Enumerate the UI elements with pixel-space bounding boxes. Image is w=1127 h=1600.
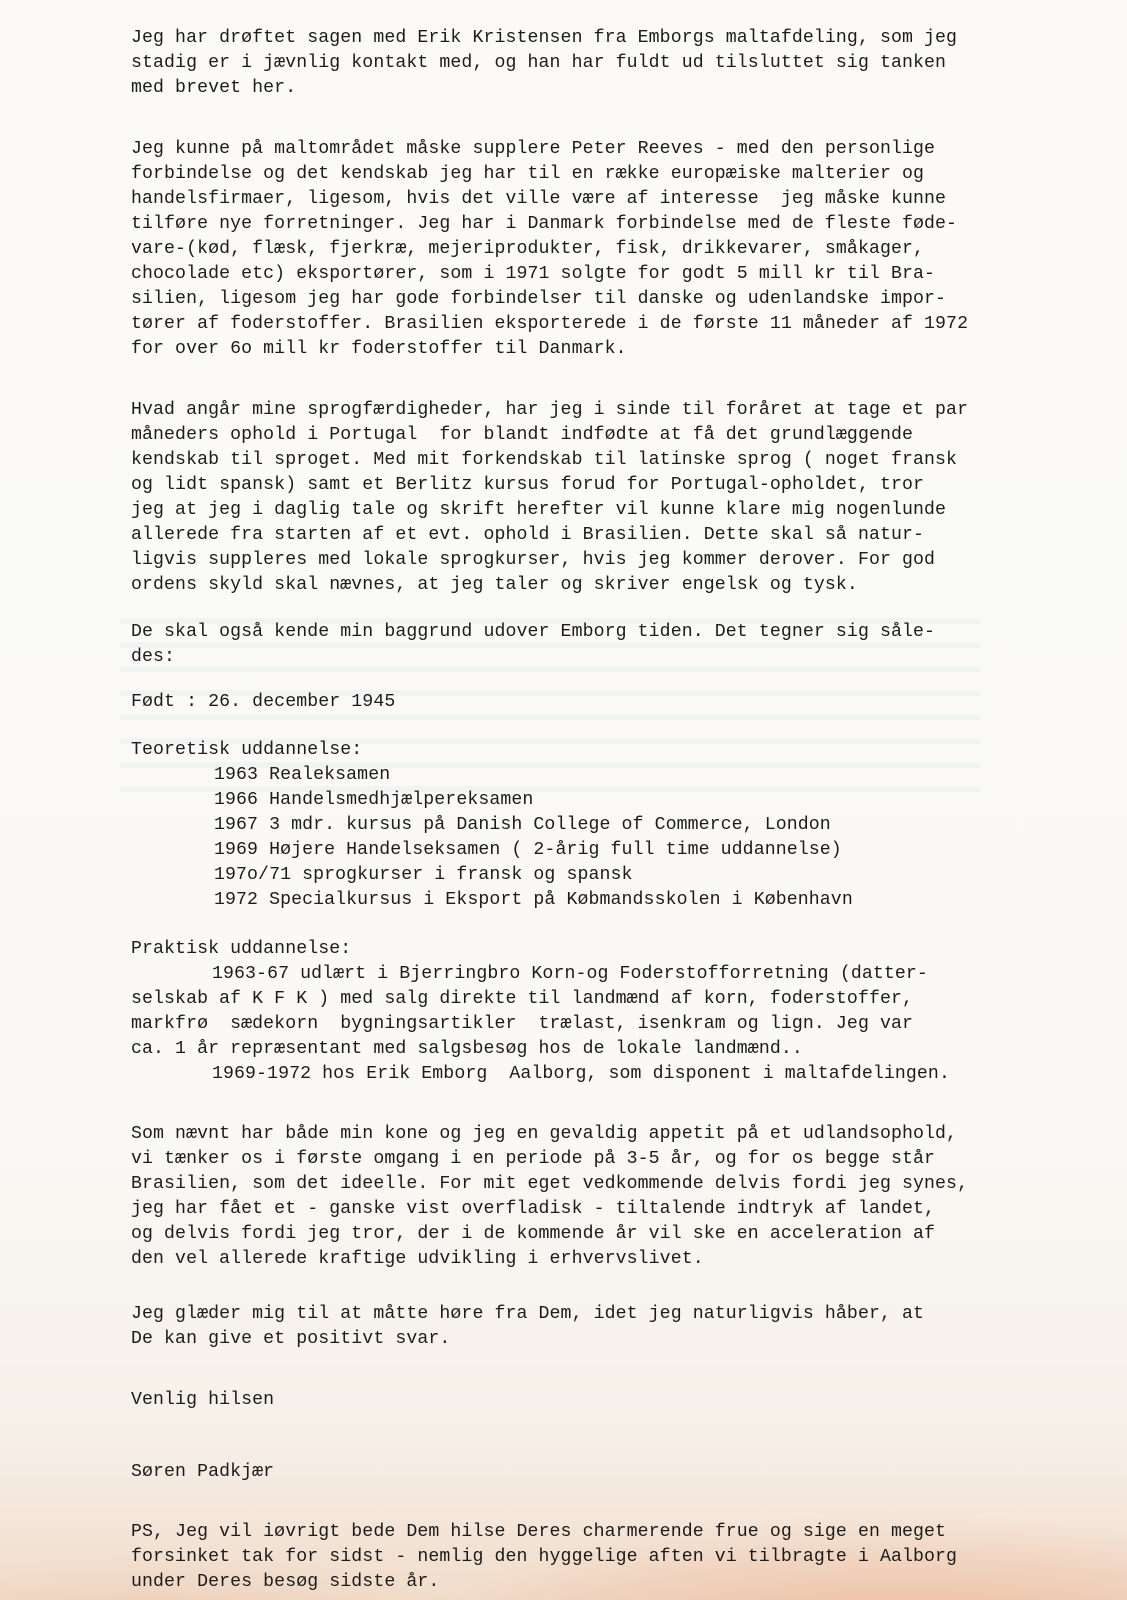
para2-line: handelsfirmaer, ligesom, hvis det ville … bbox=[131, 187, 946, 212]
para5-line: vi tænker os i første omgang i en period… bbox=[131, 1147, 935, 1172]
para3-line: kendskab til sproget. Med mit forkendska… bbox=[131, 448, 957, 473]
ps-line: forsinket tak for sidst - nemlig den hyg… bbox=[131, 1545, 957, 1570]
closing: Venlig hilsen bbox=[131, 1388, 274, 1413]
para4-line: des: bbox=[131, 645, 175, 670]
para2-line: Jeg kunne på maltområdet måske supplere … bbox=[131, 137, 935, 162]
para1-line: Jeg har drøftet sagen med Erik Kristense… bbox=[131, 26, 957, 51]
practice-heading: Praktisk uddannelse: bbox=[131, 937, 351, 962]
para3-line: allerede fra starten af et evt. ophold i… bbox=[131, 523, 924, 548]
letter-page: Jeg har drøftet sagen med Erik Kristense… bbox=[0, 0, 1127, 1600]
theory-item: 1972 Specialkursus i Eksport på Købmands… bbox=[214, 888, 853, 913]
para2-line: vare-(kød, flæsk, fjerkræ, mejeriprodukt… bbox=[131, 237, 924, 262]
para5-line: Brasilien, som det ideelle. For mit eget… bbox=[131, 1172, 968, 1197]
para6-line: Jeg glæder mig til at måtte høre fra Dem… bbox=[131, 1302, 924, 1327]
born-line: Født : 26. december 1945 bbox=[131, 690, 395, 715]
practice-line: markfrø sædekorn bygningsartikler trælas… bbox=[131, 1012, 913, 1037]
practice-line: 1963-67 udlært i Bjerringbro Korn-og Fod… bbox=[212, 962, 928, 987]
para3-line: jeg at jeg i daglig tale og skrift heref… bbox=[131, 498, 946, 523]
theory-item: 197o/71 sprogkurser i fransk og spansk bbox=[214, 863, 633, 888]
practice-line: ca. 1 år repræsentant med salgsbesøg hos… bbox=[131, 1037, 803, 1062]
theory-item: 1966 Handelsmedhjælpereksamen bbox=[214, 788, 533, 813]
theory-item: 1963 Realeksamen bbox=[214, 763, 390, 788]
para2-line: forbindelse og det kendskab jeg har til … bbox=[131, 162, 924, 187]
signature: Søren Padkjær bbox=[131, 1460, 274, 1485]
para5-line: Som nævnt har både min kone og jeg en ge… bbox=[131, 1122, 957, 1147]
para3-line: ligvis suppleres med lokale sprogkurser,… bbox=[131, 548, 935, 573]
para5-line: og delvis fordi jeg tror, der i de komme… bbox=[131, 1222, 935, 1247]
para5-line: den vel allerede kraftige udvikling i er… bbox=[131, 1247, 704, 1272]
para6-line: De kan give et positivt svar. bbox=[131, 1327, 450, 1352]
para4-line: De skal også kende min baggrund udover E… bbox=[131, 620, 935, 645]
para1-line: stadig er i jævnlig kontakt med, og han … bbox=[131, 51, 946, 76]
practice-line: 1969-1972 hos Erik Emborg Aalborg, som d… bbox=[212, 1062, 950, 1087]
para2-line: tilføre nye forretninger. Jeg har i Danm… bbox=[131, 212, 957, 237]
theory-heading: Teoretisk uddannelse: bbox=[131, 738, 362, 763]
para2-line: silien, ligesom jeg har gode forbindelse… bbox=[131, 287, 946, 312]
para3-line: Hvad angår mine sprogfærdigheder, har je… bbox=[131, 398, 968, 423]
para2-line: chocolade etc) eksportører, som i 1971 s… bbox=[131, 262, 935, 287]
para3-line: ordens skyld skal nævnes, at jeg taler o… bbox=[131, 573, 858, 598]
para3-line: måneders ophold i Portugal for blandt in… bbox=[131, 423, 913, 448]
ps-line: under Deres besøg sidste år. bbox=[131, 1570, 439, 1595]
para2-line: for over 6o mill kr foderstoffer til Dan… bbox=[131, 337, 627, 362]
para2-line: tører af foderstoffer. Brasilien eksport… bbox=[131, 312, 968, 337]
practice-line: selskab af K F K ) med salg direkte til … bbox=[131, 987, 913, 1012]
para1-line: med brevet her. bbox=[131, 76, 296, 101]
para3-line: og lidt spansk) samt et Berlitz kursus f… bbox=[131, 473, 924, 498]
theory-item: 1969 Højere Handelseksamen ( 2-årig full… bbox=[214, 838, 842, 863]
ps-line: PS, Jeg vil iøvrigt bede Dem hilse Deres… bbox=[131, 1520, 946, 1545]
para5-line: jeg har fået et - ganske vist overfladis… bbox=[131, 1197, 935, 1222]
theory-item: 1967 3 mdr. kursus på Danish College of … bbox=[214, 813, 831, 838]
